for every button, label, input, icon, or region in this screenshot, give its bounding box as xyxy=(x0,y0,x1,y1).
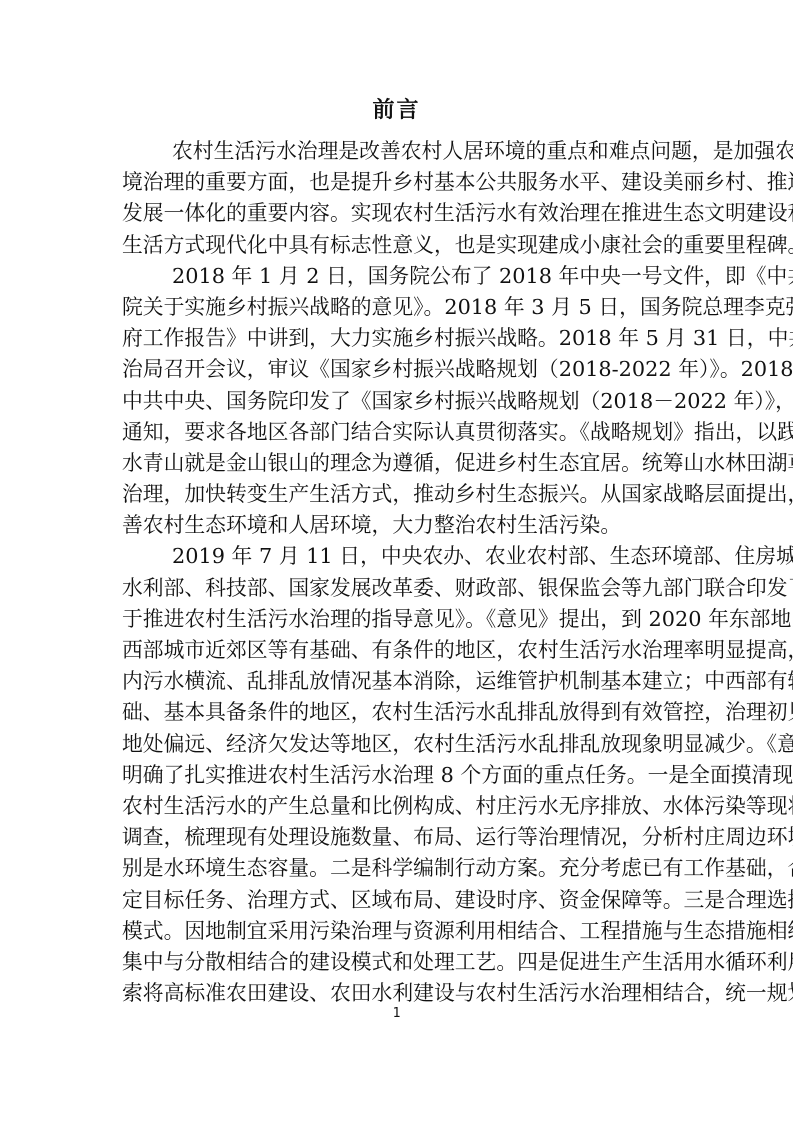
paragraph-3-line: 模式。因地制宜采用污染治理与资源利用相结合、工程措施与生态措施相结合、 xyxy=(122,916,673,947)
paragraph-3-line: 内污水横流、乱排乱放情况基本消除，运维管护机制基本建立；中西部有较好基 xyxy=(122,666,673,697)
paragraph-3-line: 西部城市近郊区等有基础、有条件的地区，农村生活污水治理率明显提高，村庄 xyxy=(122,635,673,666)
page-title: 前言 xyxy=(0,93,793,124)
paragraph-1-line: 生活方式现代化中具有标志性意义，也是实现建成小康社会的重要里程碑。 xyxy=(122,230,673,261)
paragraph-1-line: 境治理的重要方面，也是提升乡村基本公共服务水平、建设美丽乡村、推进城乡 xyxy=(122,167,673,198)
paragraph-2-line: 2018 年 1 月 2 日，国务院公布了 2018 年中央一号文件，即《中共中… xyxy=(122,261,673,292)
paragraph-3-line: 水利部、科技部、国家发展改革委、财政部、银保监会等九部门联合印发了《关 xyxy=(122,573,673,604)
paragraph-3-line: 地处偏远、经济欠发达等地区，农村生活污水乱排乱放现象明显减少。《意见》 xyxy=(122,729,673,760)
paragraph-3-line: 集中与分散相结合的建设模式和处理工艺。四是促进生产生活用水循环利用。探 xyxy=(122,947,673,978)
paragraph-2-line: 治局召开会议，审议《国家乡村振兴战略规划（2018-2022 年）》。2018 … xyxy=(122,354,673,385)
paragraph-3-line: 2019 年 7 月 11 日，中央农办、农业农村部、生态环境部、住房城乡建设部… xyxy=(122,541,673,572)
paragraph-3-line: 别是水环境生态容量。二是科学编制行动方案。充分考虑已有工作基础，合理确 xyxy=(122,853,673,884)
paragraph-3-line: 明确了扎实推进农村生活污水治理 8 个方面的重点任务。一是全面摸清现状。对 xyxy=(122,760,673,791)
paragraph-2-line: 院关于实施乡村振兴战略的意见》。2018 年 3 月 5 日，国务院总理李克强在… xyxy=(122,292,673,323)
paragraph-3-line: 索将高标准农田建设、农田水利建设与农村生活污水治理相结合，统一规划、一 xyxy=(122,978,673,1009)
page-number: 1 xyxy=(0,1006,793,1021)
paragraph-2-line: 水青山就是金山银山的理念为遵循，促进乡村生态宜居。统筹山水林田湖草系统 xyxy=(122,448,673,479)
paragraph-3-line: 础、基本具备条件的地区，农村生活污水乱排乱放得到有效管控，治理初见成效； xyxy=(122,697,673,728)
paragraph-2-line: 治理，加快转变生产生活方式，推动乡村生态振兴。从国家战略层面提出，要改 xyxy=(122,479,673,510)
paragraph-2-line: 府工作报告》中讲到，大力实施乡村振兴战略。2018 年 5 月 31 日，中共中… xyxy=(122,323,673,354)
paragraph-2-line: 中共中央、国务院印发了《国家乡村振兴战略规划（2018－2022 年）》，并发出 xyxy=(122,386,673,417)
document-body: 农村生活污水治理是改善农村人居环境的重点和难点问题，是加强农村水环 境治理的重要… xyxy=(122,136,673,1009)
paragraph-3-line: 农村生活污水的产生总量和比例构成、村庄污水无序排放、水体污染等现状进行 xyxy=(122,791,673,822)
paragraph-3-line: 调查，梳理现有处理设施数量、布局、运行等治理情况，分析村庄周边环境，特 xyxy=(122,822,673,853)
paragraph-1-line: 农村生活污水治理是改善农村人居环境的重点和难点问题，是加强农村水环 xyxy=(122,136,673,167)
paragraph-3-line: 于推进农村生活污水治理的指导意见》。《意见》提出，到 2020 年东部地区、中 xyxy=(122,604,673,635)
paragraph-1-line: 发展一体化的重要内容。实现农村生活污水有效治理在推进生态文明建设和农民 xyxy=(122,198,673,229)
paragraph-2-line: 通知，要求各地区各部门结合实际认真贯彻落实。《战略规划》指出，以践行绿 xyxy=(122,417,673,448)
paragraph-2-line: 善农村生态环境和人居环境，大力整治农村生活污染。 xyxy=(122,510,673,541)
document-page: 前言 农村生活污水治理是改善农村人居环境的重点和难点问题，是加强农村水环 境治理… xyxy=(0,0,793,1122)
paragraph-3-line: 定目标任务、治理方式、区域布局、建设时序、资金保障等。三是合理选择技术 xyxy=(122,885,673,916)
